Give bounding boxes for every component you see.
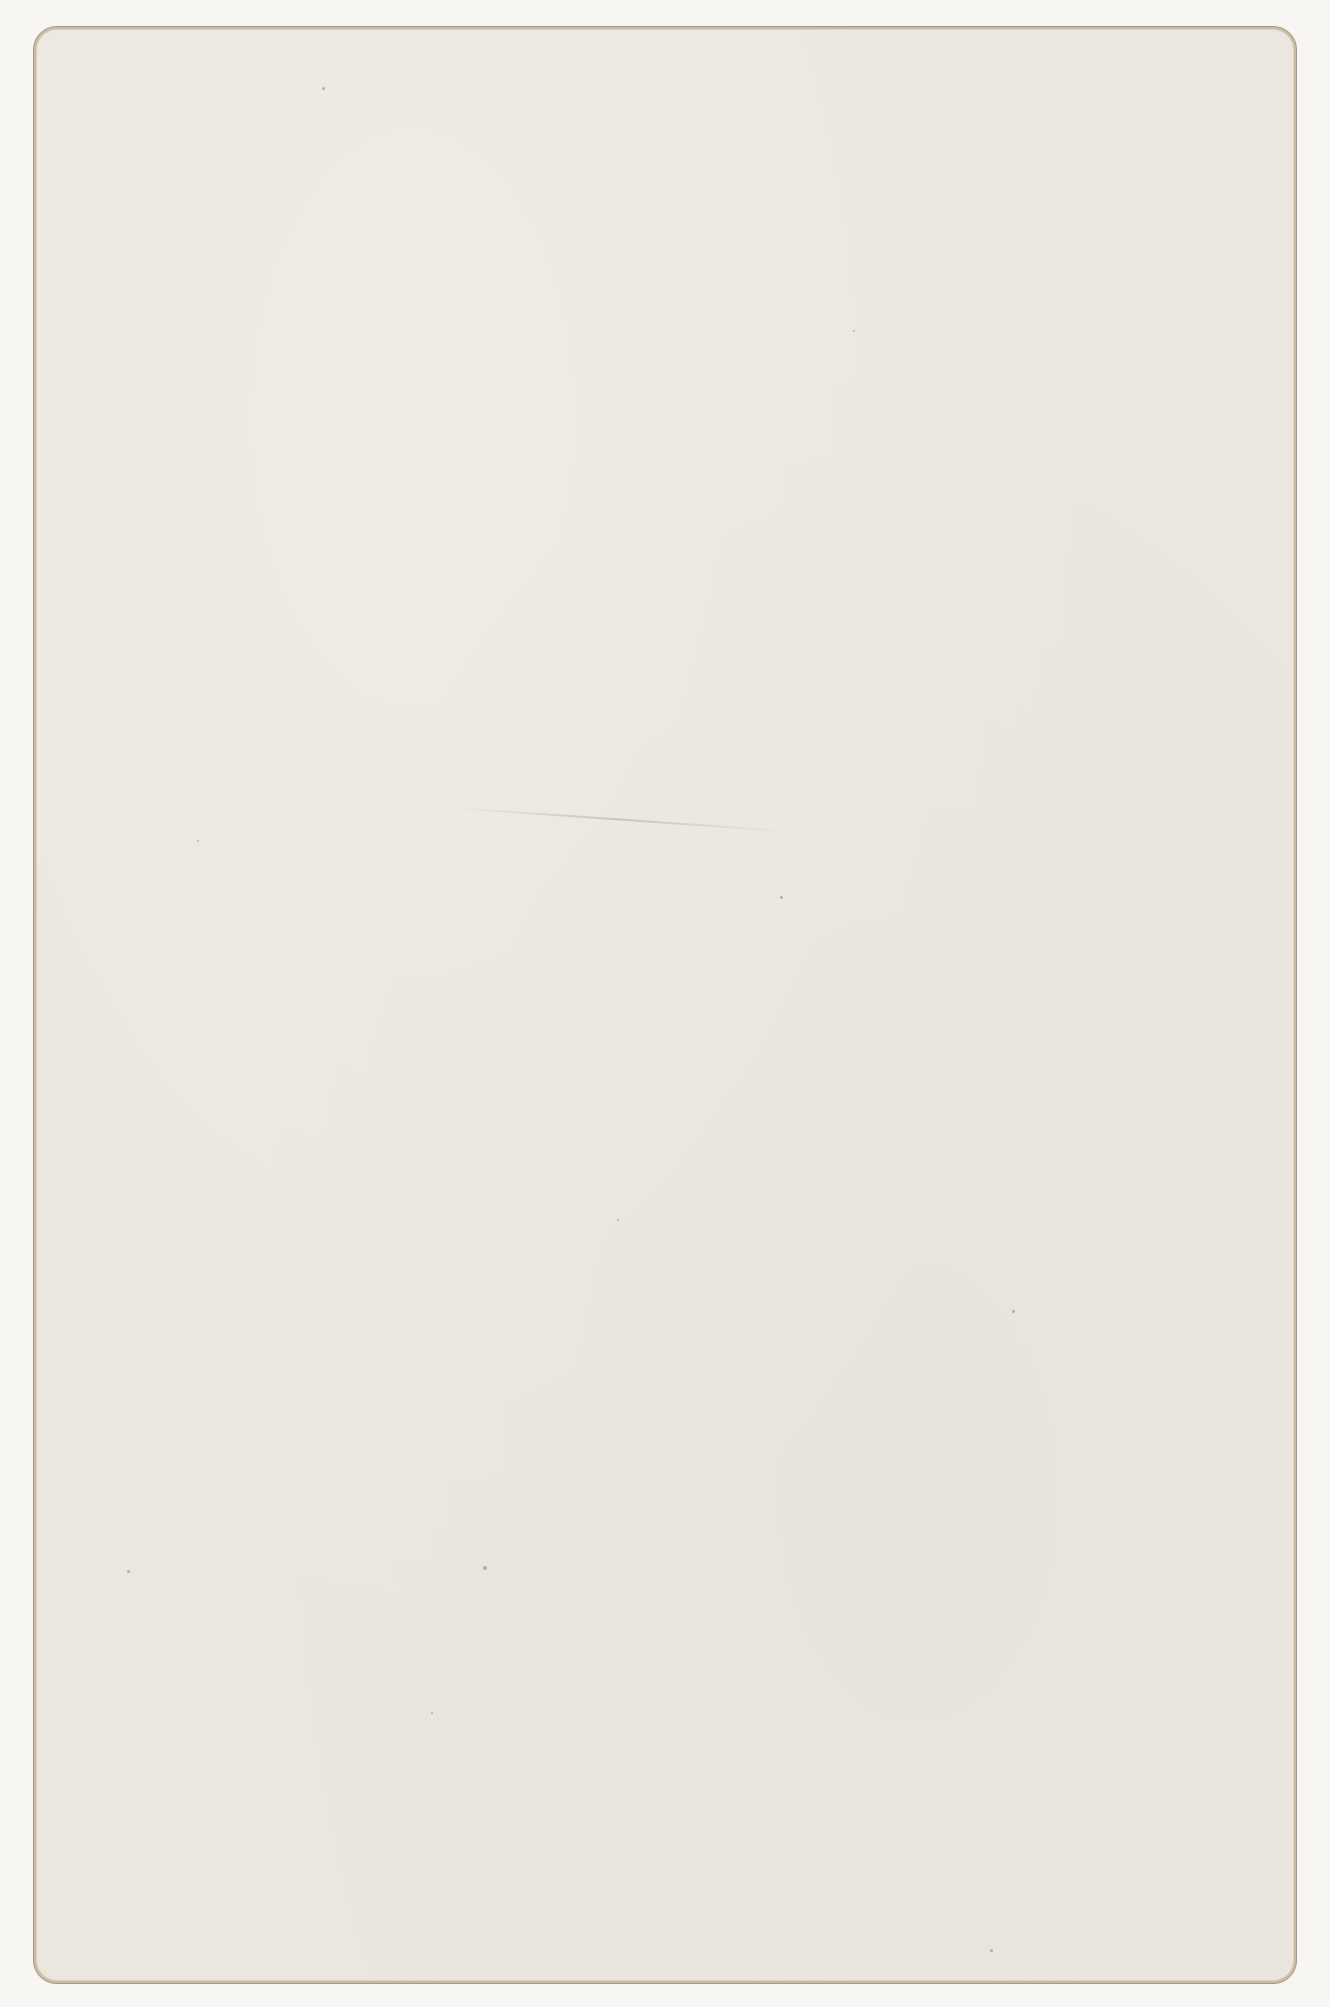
speck	[197, 840, 199, 842]
photo-scene	[0, 0, 1330, 2007]
speck	[431, 1712, 433, 1714]
speck	[483, 1566, 487, 1570]
speck	[127, 1570, 130, 1573]
speck	[780, 896, 783, 899]
cabinet-card-back	[33, 26, 1297, 1984]
speck	[990, 1949, 993, 1952]
speck	[617, 1219, 619, 1221]
speck	[1012, 1310, 1015, 1313]
speck	[853, 330, 855, 332]
speck	[322, 87, 325, 90]
